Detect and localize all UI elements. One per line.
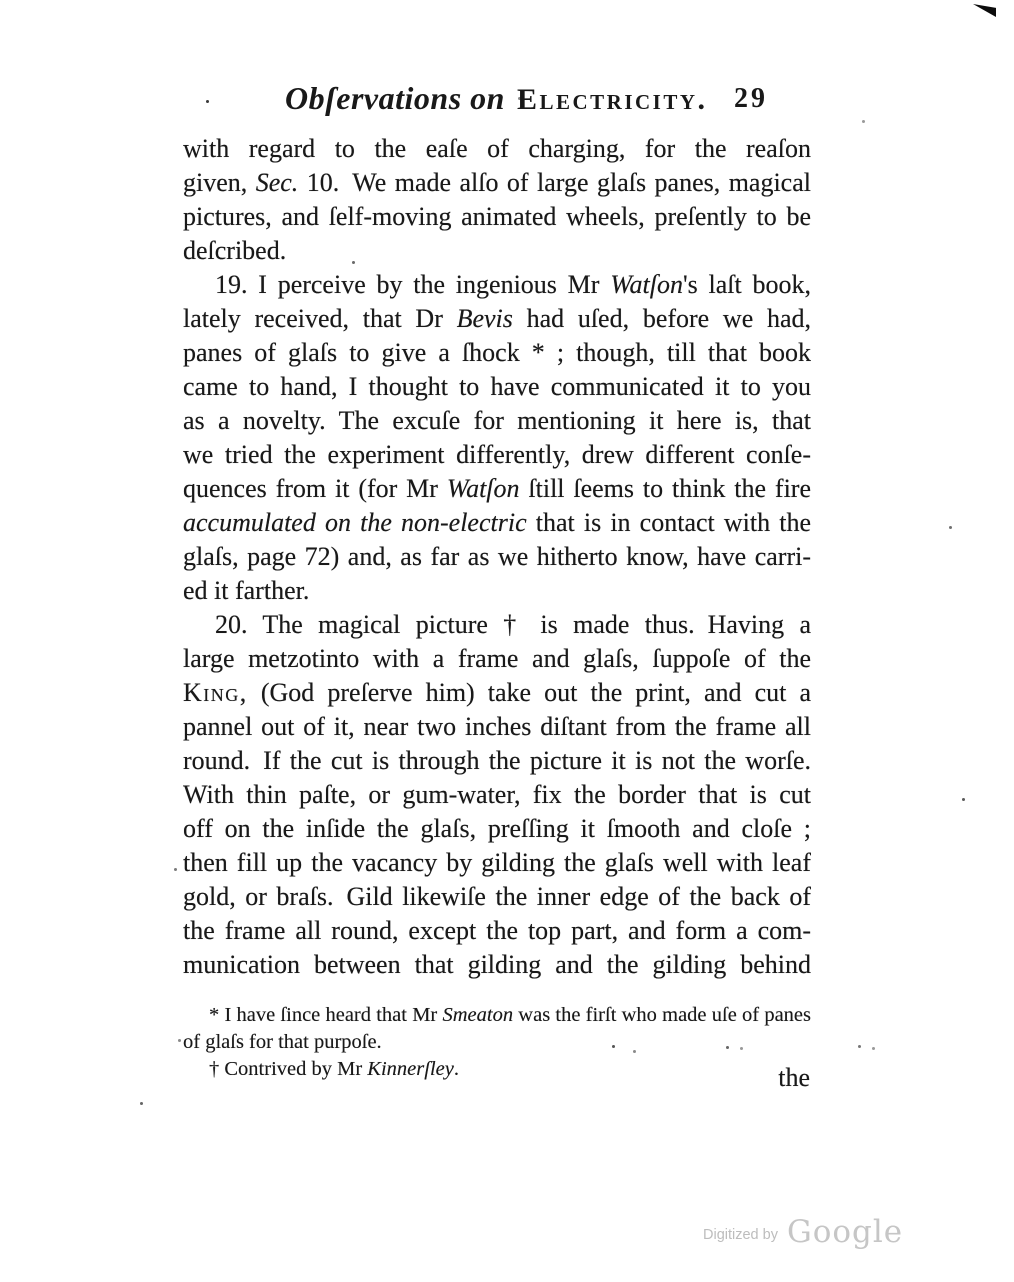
- text-segment: accumulated on the non-electric: [183, 508, 527, 537]
- text-line: pictures, and ſelf-moving animated wheel…: [183, 200, 811, 234]
- text-line: ed it farther.: [183, 574, 811, 608]
- scan-noise-specks: [0, 0, 3, 3]
- page-corner-fold-mark: [973, 4, 996, 17]
- text-segment: quences from it (for Mr: [183, 474, 447, 503]
- text-segment: round. If the cut is through the picture…: [183, 746, 811, 775]
- text-segment: came to hand, I thought to have communic…: [183, 372, 811, 401]
- text-segment: we tried the experiment differently, dre…: [183, 440, 811, 469]
- text-segment: Watſon: [610, 270, 683, 299]
- text-line: we tried the experiment differently, dre…: [183, 438, 811, 472]
- text-line: given, Sec. 10. We made alſo of large gl…: [183, 166, 811, 200]
- watermark-prefix: Digitized by: [703, 1227, 778, 1243]
- text-segment: * I have ſince heard that Mr: [209, 1004, 442, 1026]
- text-segment: (God preſerve him) take out the print, a…: [248, 678, 811, 707]
- running-title-smallcaps: Electricity.: [517, 83, 708, 116]
- text-line: With thin paſte, or gum-water, fix the b…: [183, 778, 811, 812]
- text-segment: was the firſt who made uſe of panes: [513, 1004, 811, 1026]
- text-segment: With thin paſte, or gum-water, fix the b…: [183, 780, 811, 809]
- text-line: King, (God preſerve him) take out the pr…: [183, 676, 811, 710]
- text-segment: 19. I perceive by the ingenious Mr: [215, 270, 610, 299]
- text-segment: off on the inſide the glaſs, preſſing it…: [183, 814, 811, 843]
- text-line: munication between that gilding and the …: [183, 948, 811, 982]
- text-segment: glaſs, page 72) and, as far as we hither…: [183, 542, 811, 571]
- text-line: gold, or braſs. Gild likewiſe the inner …: [183, 880, 811, 914]
- text-line: 19. I perceive by the ingenious Mr Watſo…: [183, 268, 811, 302]
- text-line: panes of glaſs to give a ſhock * ; thoug…: [183, 336, 811, 370]
- text-line: quences from it (for Mr Watſon ſtill ſee…: [183, 472, 811, 506]
- text-segment: had uſed, before we had,: [513, 304, 811, 333]
- text-line: * I have ſince heard that Mr Smeaton was…: [183, 1002, 811, 1029]
- text-segment: Watſon: [447, 474, 520, 503]
- text-line: lately received, that Dr Bevis had uſed,…: [183, 302, 811, 336]
- text-segment: 's laſt book,: [683, 270, 811, 299]
- text-segment: pictures, and ſelf-moving animated wheel…: [183, 202, 811, 231]
- catchword: the: [183, 1062, 810, 1094]
- text-line: off on the inſide the glaſs, preſſing it…: [183, 812, 811, 846]
- text-segment: 10. We made alſo of large glaſs panes, m…: [298, 168, 811, 197]
- text-line: accumulated on the non-electric that is …: [183, 506, 811, 540]
- text-segment: lately received, that Dr: [183, 304, 457, 333]
- text-segment: Smeaton: [442, 1004, 513, 1026]
- text-segment: the frame all round, except the top part…: [183, 916, 811, 945]
- google-logo: Google: [787, 1214, 903, 1250]
- text-segment: munication between that gilding and the …: [183, 950, 811, 979]
- running-title: Obſervations onElectricity.: [285, 80, 708, 117]
- text-segment: with regard to the eaſe of charging, for…: [183, 134, 811, 163]
- text-line: glaſs, page 72) and, as far as we hither…: [183, 540, 811, 574]
- text-line: with regard to the eaſe of charging, for…: [183, 132, 811, 166]
- text-segment: large metzotinto with a frame and glaſs,…: [183, 644, 811, 673]
- main-text-block: with regard to the eaſe of charging, for…: [183, 132, 811, 982]
- text-line: as a novelty. The excuſe for mentioning …: [183, 404, 811, 438]
- text-segment: pannel out of it, near two inches diſtan…: [183, 712, 811, 741]
- text-segment: ſtill ſeems to think the fire: [520, 474, 811, 503]
- text-segment: of glaſs for that purpoſe.: [183, 1031, 382, 1053]
- text-segment: 20. The magical picture † is made thus. …: [215, 610, 811, 639]
- text-line: the frame all round, except the top part…: [183, 914, 811, 948]
- text-segment: as a novelty. The excuſe for mentioning …: [183, 406, 811, 435]
- text-segment: Bevis: [457, 304, 513, 333]
- text-line: pannel out of it, near two inches diſtan…: [183, 710, 811, 744]
- scanned-book-page: Obſervations onElectricity. 29 with rega…: [0, 0, 1014, 1282]
- text-line: came to hand, I thought to have communic…: [183, 370, 811, 404]
- text-line: of glaſs for that purpoſe.: [183, 1029, 811, 1056]
- page-number: 29: [734, 83, 768, 115]
- running-title-italic: Obſervations on: [285, 80, 505, 116]
- text-segment: gold, or braſs. Gild likewiſe the inner …: [183, 882, 811, 911]
- text-segment: given,: [183, 168, 256, 197]
- text-line: large metzotinto with a frame and glaſs,…: [183, 642, 811, 676]
- text-line: deſcribed.: [183, 234, 811, 268]
- text-line: round. If the cut is through the picture…: [183, 744, 811, 778]
- text-segment: that is in contact with the: [527, 508, 811, 537]
- text-line: then fill up the vacancy by gilding the …: [183, 846, 811, 880]
- text-segment: King,: [183, 678, 248, 707]
- page-header: Obſervations onElectricity. 29: [183, 80, 810, 122]
- text-segment: panes of glaſs to give a ſhock * ; thoug…: [183, 338, 811, 367]
- digitization-watermark: Digitized byGoogle: [703, 1214, 903, 1250]
- text-line: 20. The magical picture † is made thus. …: [183, 608, 811, 642]
- text-segment: ed it farther.: [183, 576, 309, 605]
- text-segment: deſcribed.: [183, 236, 286, 265]
- text-segment: Sec.: [256, 168, 299, 197]
- text-segment: then fill up the vacancy by gilding the …: [183, 848, 811, 877]
